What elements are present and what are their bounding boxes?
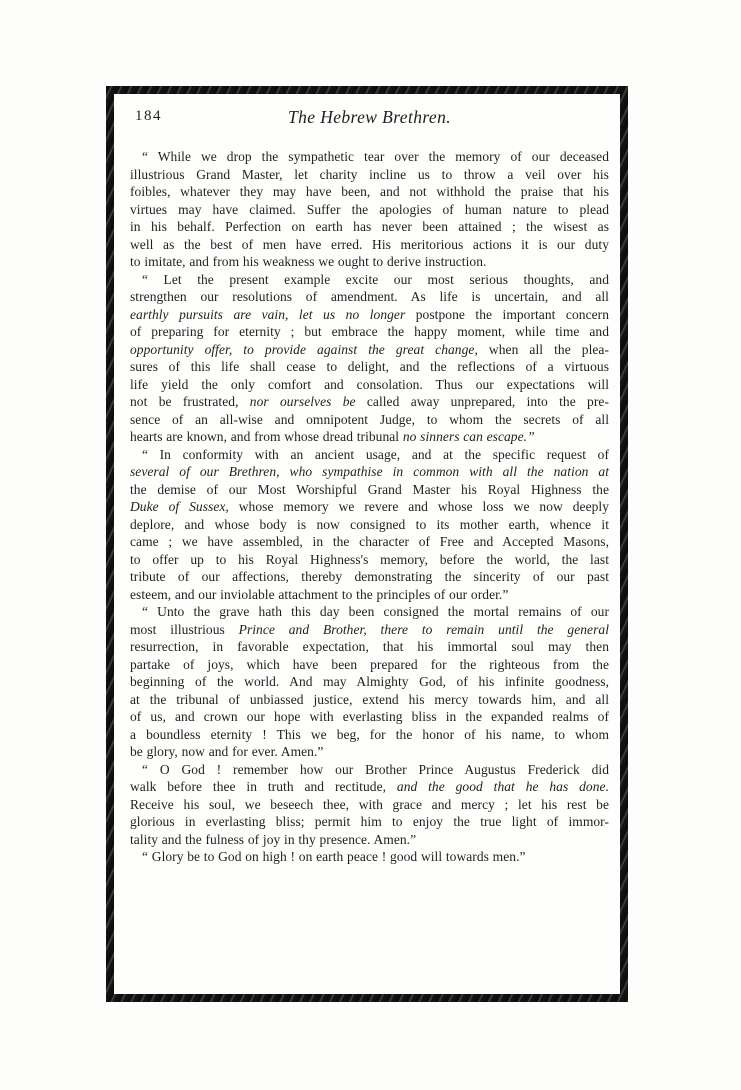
text-segment: most illustrious — [130, 622, 239, 637]
text-segment: virtues may have claimed. Suffer the apo… — [130, 202, 609, 217]
text-line: sence of an all-wise and omnipotent Judg… — [130, 411, 609, 429]
page-frame: 184 The Hebrew Brethren. “ While we drop… — [106, 86, 628, 1002]
text-segment: not be frustrated, — [130, 394, 250, 409]
text-segment: foibles, whatever they may have been, an… — [130, 184, 609, 199]
text-line: strengthen our resolutions of amendment.… — [130, 288, 609, 306]
text-line: hearts are known, and from whose dread t… — [130, 428, 609, 446]
text-segment: “ While we drop the sympathetic tear ove… — [142, 149, 609, 164]
text-segment: postpone the important concern — [405, 307, 609, 322]
text-segment: be glory, now and for ever. Amen.” — [130, 744, 323, 759]
text-line: walk before thee in truth and rectitude,… — [130, 778, 609, 796]
text-segment: sence of an all-wise and omnipotent Judg… — [130, 412, 609, 427]
italic-text-segment: earthly pursuits are vain, let us no lon… — [130, 307, 405, 322]
text-segment: when all the plea- — [478, 342, 609, 357]
text-line: sures of this life shall cease to deligh… — [130, 358, 609, 376]
text-segment: beginning of the world. And may Almighty… — [130, 674, 609, 689]
italic-text-segment: no sinners can escape.” — [403, 429, 535, 444]
text-line: most illustrious Prince and Brother, the… — [130, 621, 609, 639]
scanned-page-background: 184 The Hebrew Brethren. “ While we drop… — [0, 0, 741, 1090]
text-segment: Receive his soul, we beseech thee, with … — [130, 797, 609, 812]
text-segment: glorious in everlasting bliss; permit hi… — [130, 814, 609, 829]
text-line: earthly pursuits are vain, let us no lon… — [130, 306, 609, 324]
text-line: “ Let the present example excite our mos… — [130, 271, 609, 289]
text-line: life yield the only comfort and consolat… — [130, 376, 609, 394]
text-segment: whose memory we revere and whose loss we… — [229, 499, 609, 514]
text-segment: walk before thee in truth and rectitude, — [130, 779, 397, 794]
text-segment: called away unprepared, into the pre- — [356, 394, 609, 409]
text-line: Duke of Sussex, whose memory we revere a… — [130, 498, 609, 516]
text-line: foibles, whatever they may have been, an… — [130, 183, 609, 201]
text-line: tality and the fulness of joy in thy pre… — [130, 831, 609, 849]
text-line: opportunity offer, to provide against th… — [130, 341, 609, 359]
text-segment: to imitate, and from his weakness we oug… — [130, 254, 486, 269]
text-line: of preparing for eternity ; but embrace … — [130, 323, 609, 341]
text-segment: partake of joys, which have been prepare… — [130, 657, 609, 672]
text-segment: life yield the only comfort and consolat… — [130, 377, 609, 392]
italic-text-segment: Duke of Sussex, — [130, 499, 229, 514]
text-line: illustrious Grand Master, let charity in… — [130, 166, 609, 184]
text-line: “ Glory be to God on high ! on earth pea… — [130, 848, 609, 866]
page-header: 184 The Hebrew Brethren. — [130, 106, 609, 132]
text-line: came ; we have assembled, in the charact… — [130, 533, 609, 551]
text-segment: of us, and crown our hope with everlasti… — [130, 709, 609, 724]
text-segment: the demise of our Most Worshipful Grand … — [130, 482, 609, 497]
text-line: tribute of our affections, thereby demon… — [130, 568, 609, 586]
text-segment: a boundless eternity ! This we beg, for … — [130, 727, 609, 742]
text-segment: tality and the fulness of joy in thy pre… — [130, 832, 416, 847]
text-line: at the tribunal of unbiassed justice, ex… — [130, 691, 609, 709]
page-title: The Hebrew Brethren. — [130, 106, 609, 128]
italic-text-segment: several of our Brethren, who sympathise … — [130, 464, 609, 479]
text-segment: “ In conformity with an ancient usage, a… — [142, 447, 609, 462]
text-segment: sures of this life shall cease to deligh… — [130, 359, 609, 374]
text-line: not be frustrated, nor ourselves be call… — [130, 393, 609, 411]
paragraphs: “ While we drop the sympathetic tear ove… — [130, 148, 609, 866]
text-segment: “ Glory be to God on high ! on earth pea… — [142, 849, 526, 864]
text-segment: “ Let the present example excite our mos… — [142, 272, 609, 287]
text-line: resurrection, in favorable expectation, … — [130, 638, 609, 656]
text-segment: “ Unto the grave hath this day been cons… — [142, 604, 609, 619]
text-line: “ In conformity with an ancient usage, a… — [130, 446, 609, 464]
text-line: to offer up to his Royal Highness's memo… — [130, 551, 609, 569]
text-segment: of preparing for eternity ; but embrace … — [130, 324, 609, 339]
text-line: “ Unto the grave hath this day been cons… — [130, 603, 609, 621]
page-number: 184 — [135, 108, 162, 125]
text-line: the demise of our Most Worshipful Grand … — [130, 481, 609, 499]
text-line: partake of joys, which have been prepare… — [130, 656, 609, 674]
text-line: virtues may have claimed. Suffer the apo… — [130, 201, 609, 219]
text-segment: deplore, and whose body is now consigned… — [130, 517, 609, 532]
text-segment: illustrious Grand Master, let charity in… — [130, 167, 609, 182]
text-segment: “ O God ! remember how our Brother Princ… — [142, 762, 609, 777]
text-line: Receive his soul, we beseech thee, with … — [130, 796, 609, 814]
text-line: of us, and crown our hope with everlasti… — [130, 708, 609, 726]
text-segment: esteem, and our inviolable attachment to… — [130, 587, 508, 602]
italic-text-segment: opportunity offer, to provide against th… — [130, 342, 478, 357]
text-segment: well as the best of men have erred. His … — [130, 237, 609, 252]
text-line: esteem, and our inviolable attachment to… — [130, 586, 609, 604]
text-line: “ While we drop the sympathetic tear ove… — [130, 148, 609, 166]
text-line: to imitate, and from his weakness we oug… — [130, 253, 609, 271]
italic-text-segment: and the good that he has done. — [397, 779, 609, 794]
text-segment: to offer up to his Royal Highness's memo… — [130, 552, 609, 567]
text-line: be glory, now and for ever. Amen.” — [130, 743, 609, 761]
text-line: a boundless eternity ! This we beg, for … — [130, 726, 609, 744]
text-segment: hearts are known, and from whose dread t… — [130, 429, 403, 444]
text-segment: at the tribunal of unbiassed justice, ex… — [130, 692, 609, 707]
text-line: in his behalf. Perfection on earth has n… — [130, 218, 609, 236]
text-segment: tribute of our affections, thereby demon… — [130, 569, 609, 584]
text-line: deplore, and whose body is now consigned… — [130, 516, 609, 534]
text-line: several of our Brethren, who sympathise … — [130, 463, 609, 481]
text-segment: came ; we have assembled, in the charact… — [130, 534, 609, 549]
italic-text-segment: nor ourselves be — [250, 394, 356, 409]
text-line: well as the best of men have erred. His … — [130, 236, 609, 254]
text-line: beginning of the world. And may Almighty… — [130, 673, 609, 691]
text-segment: strengthen our resolutions of amendment.… — [130, 289, 609, 304]
text-segment: resurrection, in favorable expectation, … — [130, 639, 609, 654]
text-segment: in his behalf. Perfection on earth has n… — [130, 219, 609, 234]
text-line: “ O God ! remember how our Brother Princ… — [130, 761, 609, 779]
italic-text-segment: Prince and Brother, there to remain unti… — [239, 622, 609, 637]
text-line: glorious in everlasting bliss; permit hi… — [130, 813, 609, 831]
